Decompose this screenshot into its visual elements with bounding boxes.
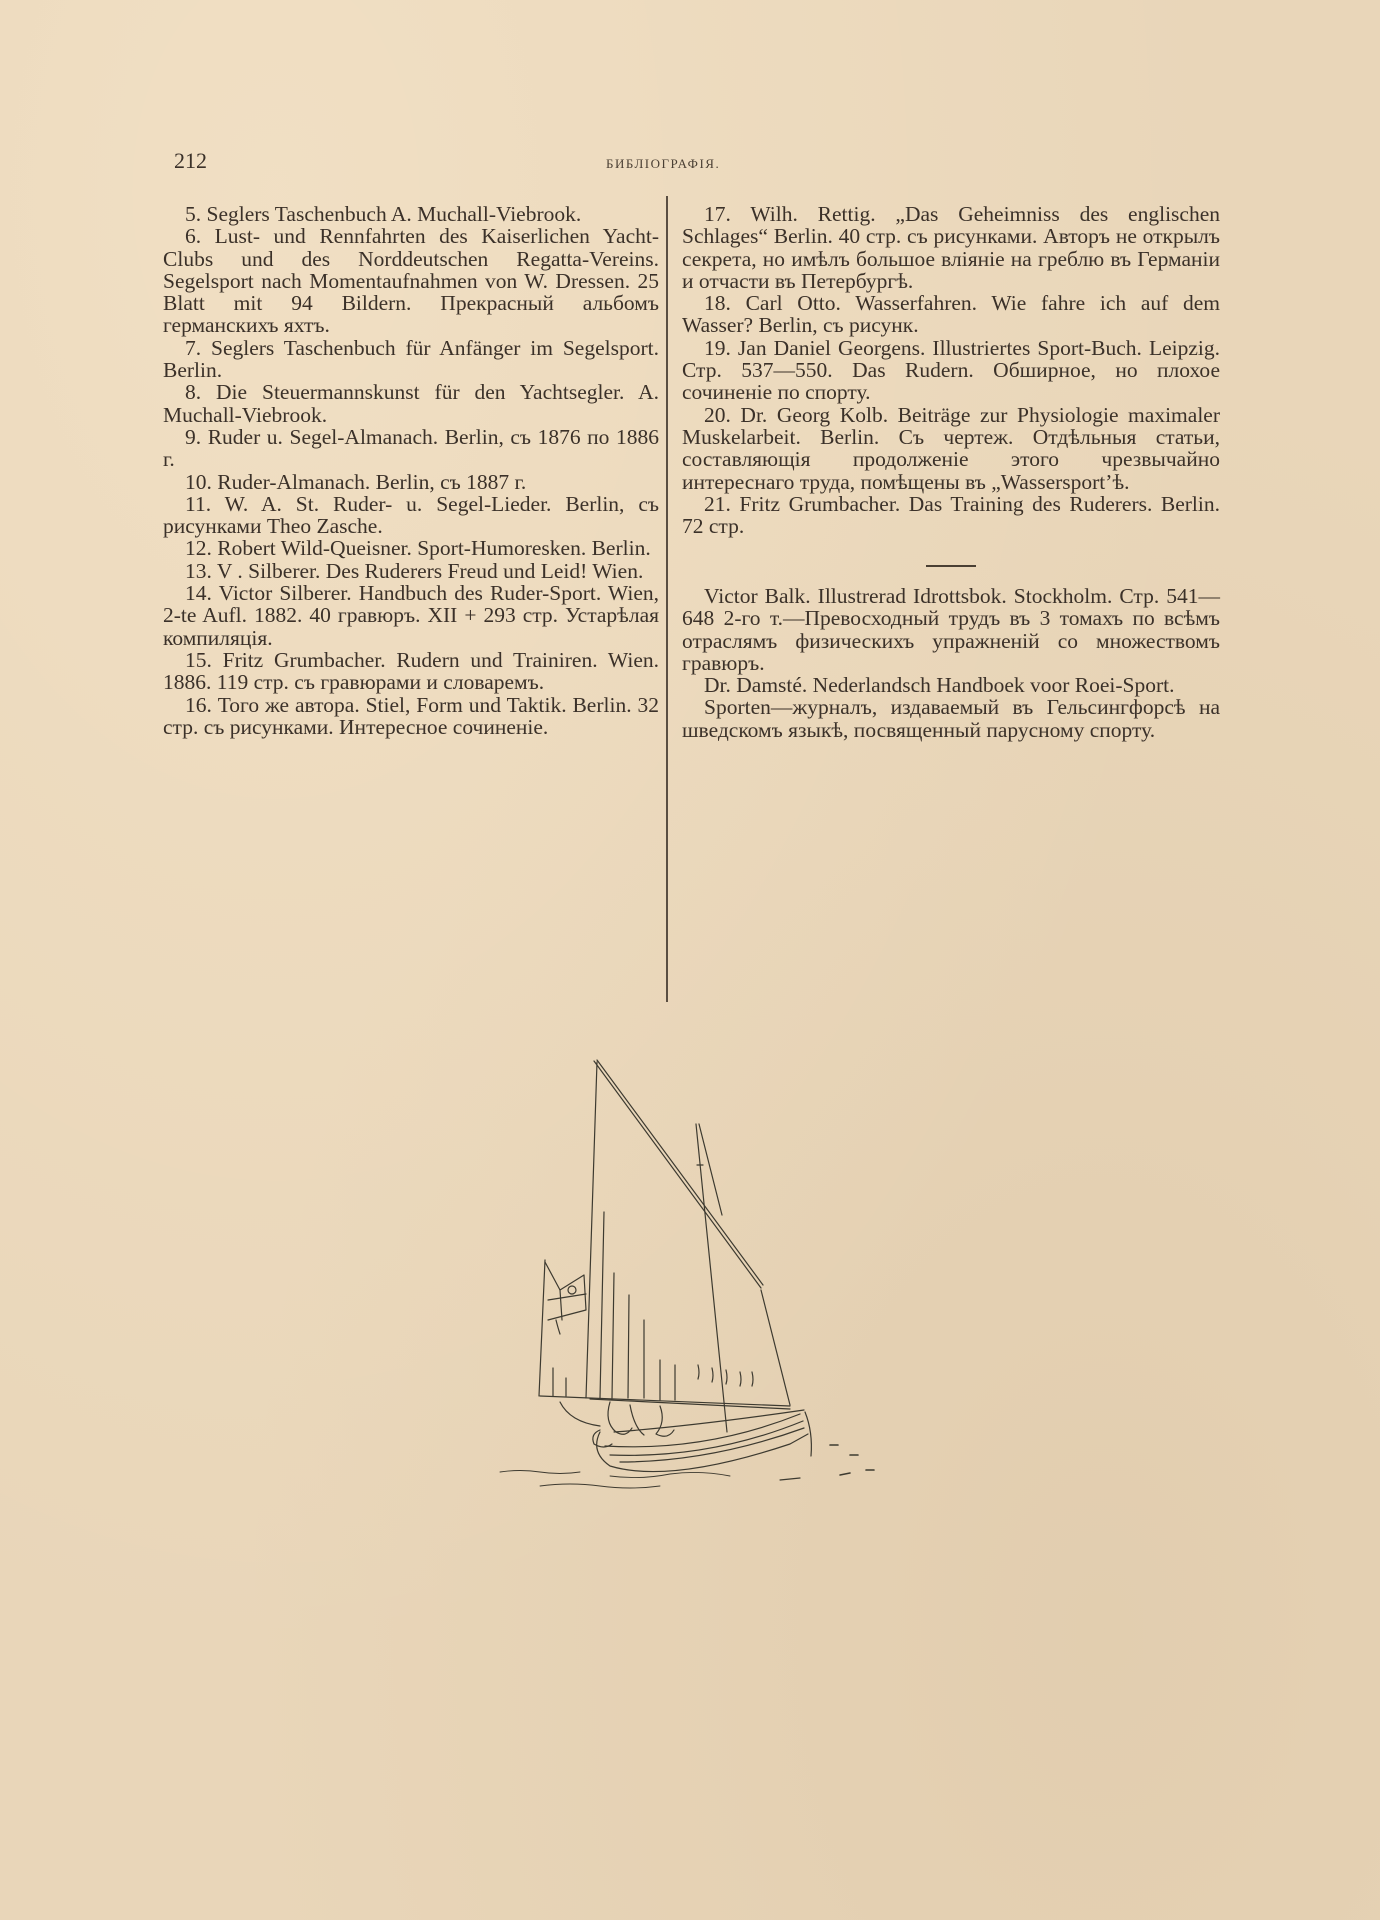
section-title: БИБЛІОГРАФІЯ. — [606, 156, 720, 172]
bibliography-entry-6: 6. Lust- und Rennfahrten des Kaiserliche… — [163, 225, 659, 336]
section-rule — [926, 565, 976, 567]
bibliography-entry-12: 12. Robert Wild-Queisner. Sport-Humoresk… — [163, 537, 659, 559]
book-page: 212 БИБЛІОГРАФІЯ. 5. Seglers Taschenbuch… — [0, 0, 1380, 1920]
bibliography-entry-15: 15. Fritz Grumbacher. Rudern und Trainir… — [163, 649, 659, 694]
bibliography-entry-21: 21. Fritz Grumbacher. Das Training des R… — [682, 493, 1220, 538]
left-column: 5. Seglers Taschenbuch A. Muchall-Viebro… — [163, 203, 659, 738]
bibliography-entry-5: 5. Seglers Taschenbuch A. Muchall-Viebro… — [163, 203, 659, 225]
sailboat-illustration — [440, 1030, 900, 1530]
column-divider — [666, 196, 668, 1002]
bibliography-entry-17: 17. Wilh. Rettig. „Das Geheimniss des en… — [682, 203, 1220, 292]
bibliography-entry-8: 8. Die Steuermannskunst für den Yachtseg… — [163, 381, 659, 426]
right-column: 17. Wilh. Rettig. „Das Geheimniss des en… — [682, 203, 1220, 741]
bibliography-entry-19: 19. Jan Daniel Georgens. Illustriertes S… — [682, 337, 1220, 404]
sailboat-icon — [440, 1030, 900, 1530]
bibliography-entry-9: 9. Ruder u. Segel-Almanach. Berlin, съ 1… — [163, 426, 659, 471]
bibliography-entry-10: 10. Ruder-Almanach. Berlin, съ 1887 г. — [163, 471, 659, 493]
bibliography-entry-damste: Dr. Damsté. Nederlandsch Handboek voor R… — [682, 674, 1220, 696]
bibliography-entry-16: 16. Того же автора. Stiel, Form und Takt… — [163, 694, 659, 739]
running-head: 212 БИБЛІОГРАФІЯ. — [174, 148, 1220, 178]
bibliography-entry-11: 11. W. A. St. Ruder- u. Segel-Lieder. Be… — [163, 493, 659, 538]
bibliography-entry-sporten: Sporten—журналъ, издаваемый въ Гельсингф… — [682, 696, 1220, 741]
page-number: 212 — [174, 148, 207, 174]
bibliography-entry-balk: Victor Balk. Illustrerad Idrottsbok. Sto… — [682, 585, 1220, 674]
bibliography-entry-14: 14. Victor Silberer. Handbuch des Ruder-… — [163, 582, 659, 649]
bibliography-entry-20: 20. Dr. Georg Kolb. Beiträge zur Physiol… — [682, 404, 1220, 493]
bibliography-entry-13: 13. V . Silberer. Des Ruderers Freud und… — [163, 560, 659, 582]
bibliography-entry-7: 7. Seglers Taschenbuch für Anfänger im S… — [163, 337, 659, 382]
bibliography-entry-18: 18. Carl Otto. Wasserfahren. Wie fahre i… — [682, 292, 1220, 337]
